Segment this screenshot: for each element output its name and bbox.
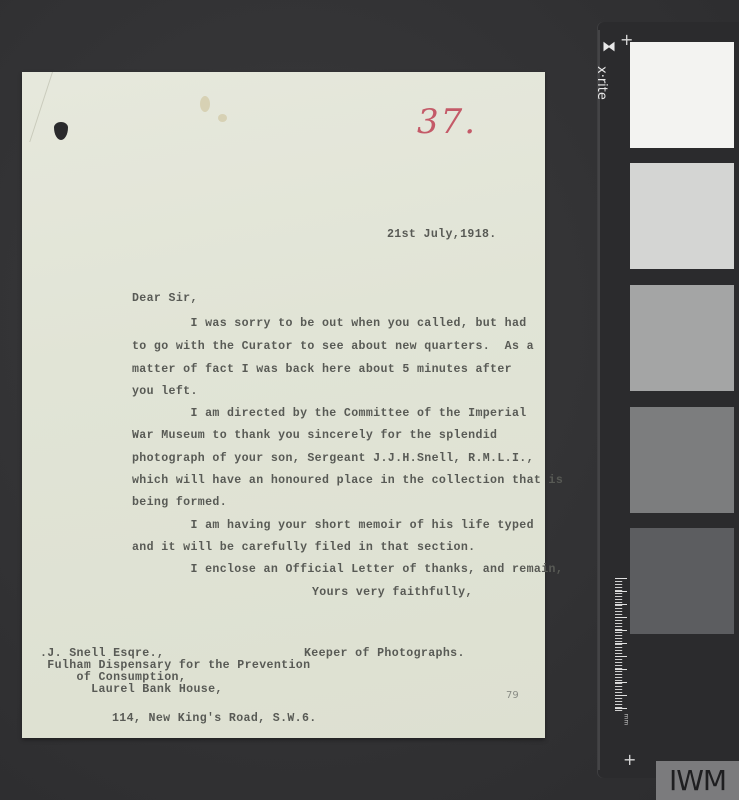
gray-swatch-1 [630,42,734,148]
body-line: being formed. [132,496,227,509]
salutation: Dear Sir, [132,292,198,305]
signatory-title: Keeper of Photographs. [304,647,465,660]
address-street: 114, New King's Road, S.W.6. [112,712,317,725]
gray-swatch-3 [630,285,734,391]
page-number: 79 [506,690,519,701]
letter-closing: Yours very faithfully, [312,586,473,599]
checker-rail [598,30,600,770]
brand-label: x·rite [594,66,609,100]
folio-number: 37. [417,102,477,142]
iwm-watermark: IWM [656,761,739,800]
letter-date: 21st July,1918. [387,228,497,241]
xrite-logo-icon: ⧓ [602,40,616,54]
body-line: I am directed by the Committee of the Im… [132,407,527,420]
body-line: I enclose an Official Letter of thanks, … [132,563,563,576]
body-line: I was sorry to be out when you called, b… [132,317,527,330]
punch-hole [54,122,68,140]
stain-mark [200,96,210,112]
address-line: Laurel Bank House, [40,683,223,696]
body-line: and it will be carefully filed in that s… [132,541,475,554]
body-line: War Museum to thank you sincerely for th… [132,429,497,442]
gray-swatch-4 [630,407,734,513]
body-line: photograph of your son, Sergeant J.J.H.S… [132,452,534,465]
body-line: you left. [132,385,198,398]
stain-mark [218,114,227,122]
gray-swatch-5 [630,528,734,634]
crosshair-icon: + [623,752,636,768]
color-checker-card: ⧓ x·rite + + mm [598,22,739,778]
body-line: I am having your short memoir of his lif… [132,519,534,532]
letter-page: 37. 21st July,1918. Dear Sir, I was sorr… [22,72,545,738]
ruler-major-ticks [615,578,627,713]
ruler-unit-label: mm [622,714,629,726]
body-line: matter of fact I was back here about 5 m… [132,363,512,376]
gray-swatch-2 [630,163,734,269]
body-line: which will have an honoured place in the… [132,474,563,487]
body-line: to go with the Curator to see about new … [132,340,534,353]
